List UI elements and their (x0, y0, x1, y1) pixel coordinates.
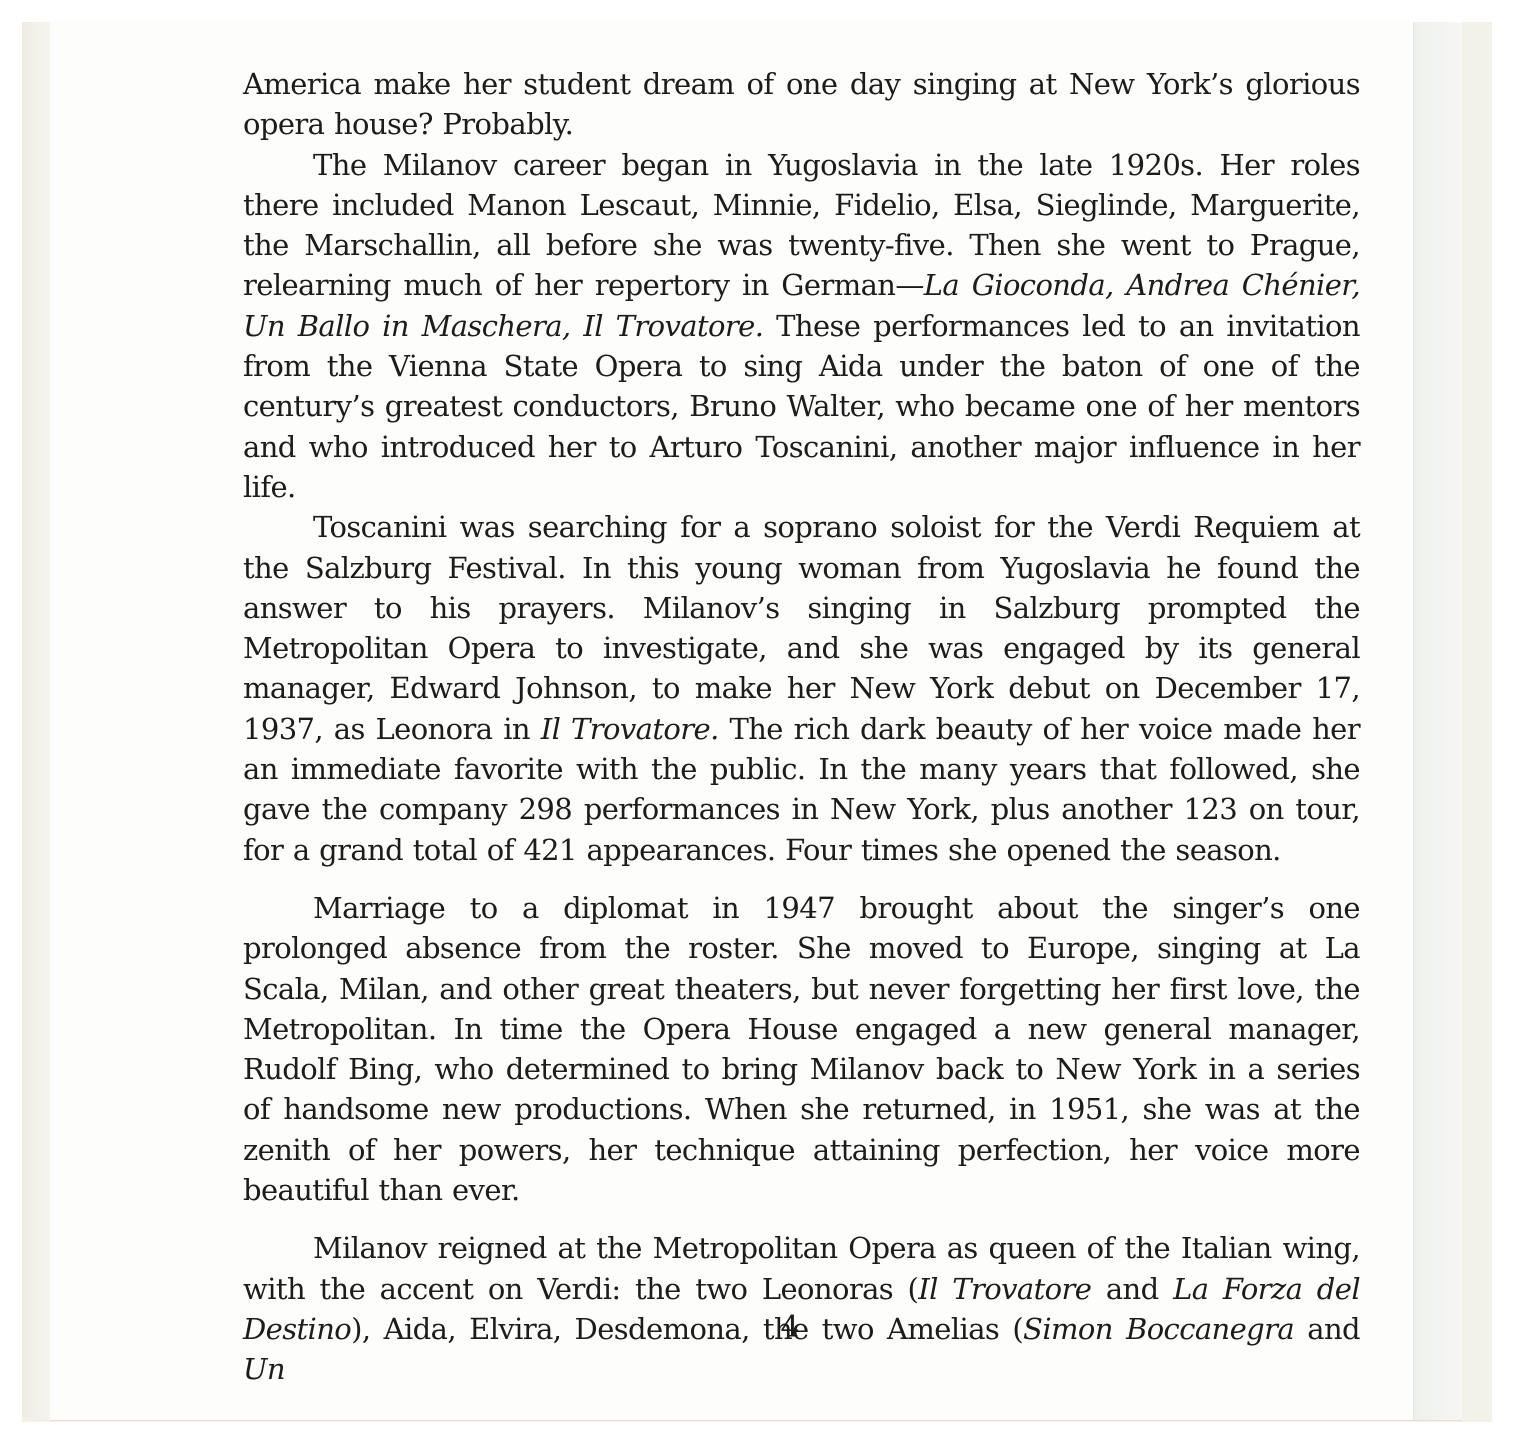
text-segment: America make her student dream of one da… (243, 67, 1360, 141)
text-segment: Marriage to a diplomat in 1947 brought a… (243, 891, 1360, 1207)
page-spine-edge (22, 22, 50, 1417)
paragraph-4: Marriage to a diplomat in 1947 brought a… (243, 888, 1360, 1210)
paragraph-2: The Milanov career began in Yugoslavia i… (243, 145, 1360, 508)
paragraph-3: Toscanini was searching for a soprano so… (243, 507, 1360, 870)
text-segment: and (1091, 1272, 1173, 1306)
paragraph-1: America make her student dream of one da… (243, 64, 1360, 145)
page-number: 4 (770, 1310, 810, 1345)
opera-title-italic: Il Trovatore. (541, 712, 719, 746)
text-segment: ), Aida, Elvira, Desdemona, the two Amel… (351, 1312, 1023, 1346)
opera-title-italic: Un (243, 1352, 285, 1386)
paragraph-5: Milanov reigned at the Metropolitan Oper… (243, 1228, 1360, 1389)
opera-title-italic: Simon Boccanegra (1023, 1312, 1294, 1346)
opera-title-italic: Il Trovatore (918, 1272, 1091, 1306)
body-text: America make her student dream of one da… (243, 64, 1360, 1390)
page-fold-edge (1413, 22, 1462, 1420)
text-segment: Toscanini was searching for a soprano so… (243, 510, 1360, 745)
text-segment: and (1294, 1312, 1360, 1346)
